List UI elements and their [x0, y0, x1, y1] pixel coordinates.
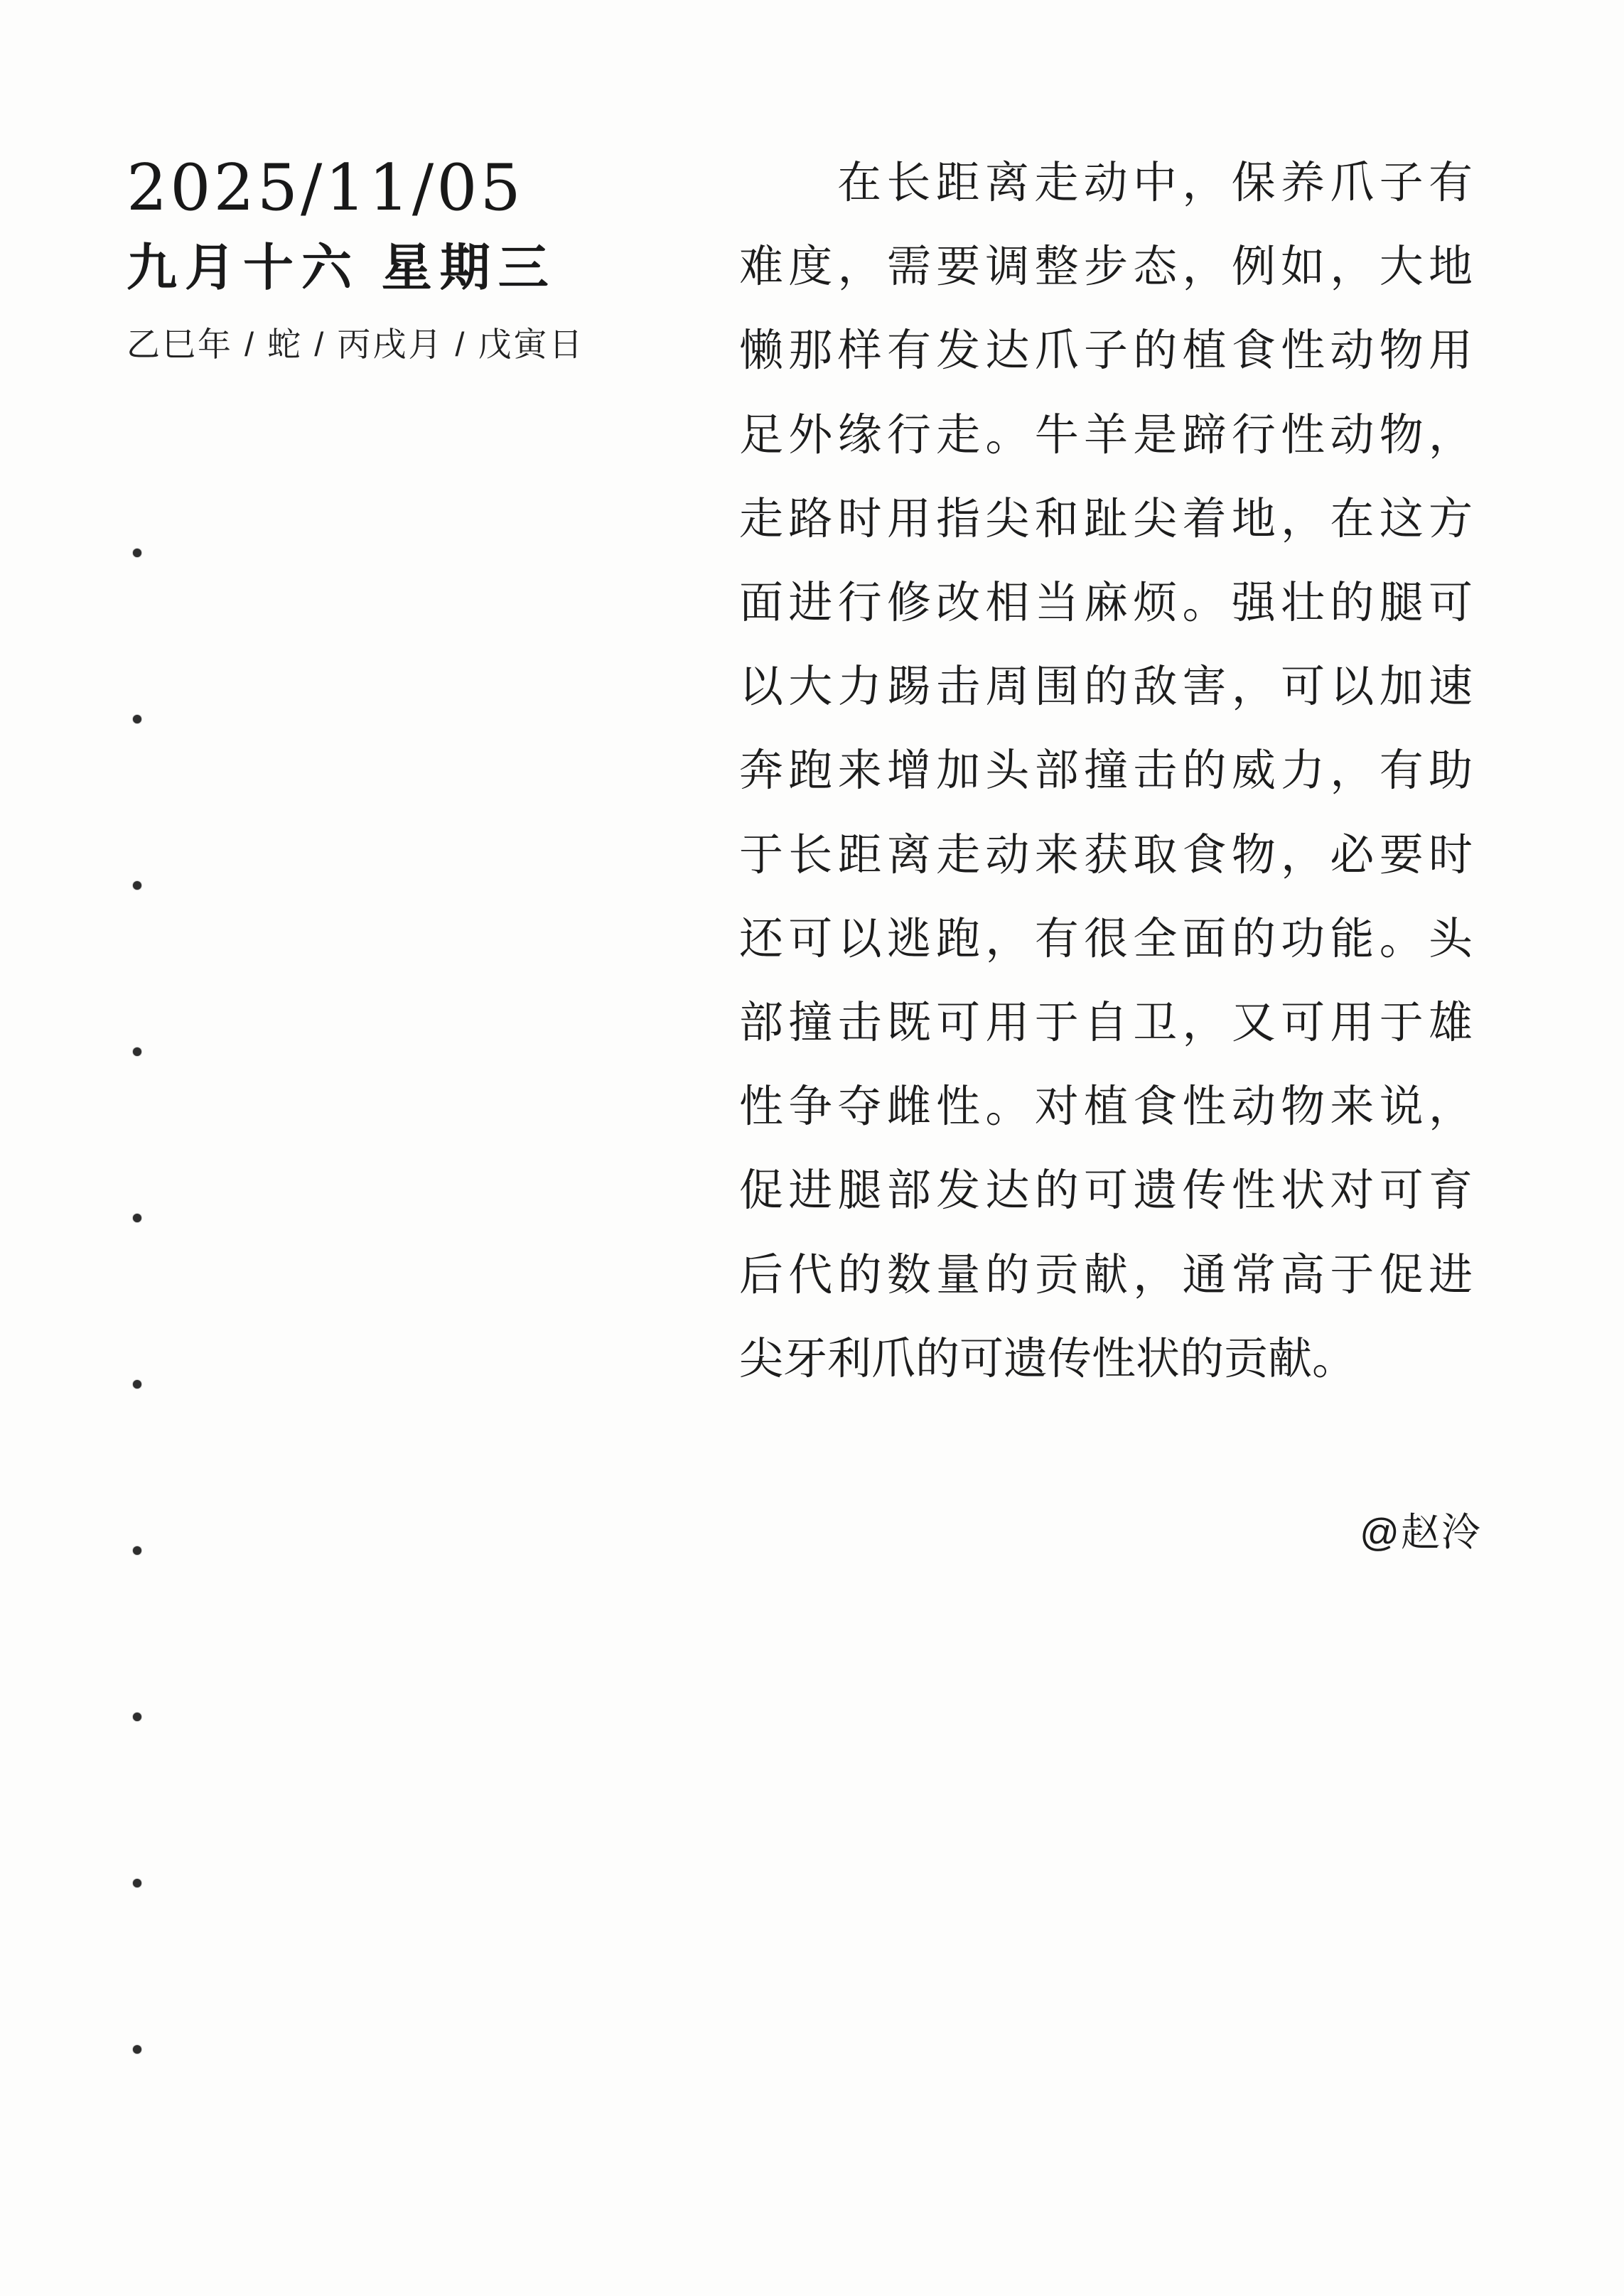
article-line: 面进行修改相当麻烦。强壮的腿可	[739, 561, 1473, 645]
article-line: 足外缘行走。牛羊是蹄行性动物，	[739, 394, 1473, 478]
article-line: 走路时用指尖和趾尖着地，在这方	[739, 478, 1473, 561]
margin-dot	[133, 549, 141, 557]
article-line: 性争夺雌性。对植食性动物来说，	[739, 1065, 1473, 1149]
article-line: 还可以逃跑，有很全面的功能。头	[739, 898, 1473, 981]
calendar-page: { "page": { "paper_color": "#fdfdfc", "i…	[0, 0, 1624, 2296]
article-line: 部撞击既可用于自卫，又可用于雄	[739, 981, 1473, 1065]
article-line: 后代的数量的贡献，通常高于促进	[739, 1234, 1473, 1317]
margin-dots-column	[133, 549, 141, 2054]
article-line: 尖牙利爪的可遗传性状的贡献。	[739, 1317, 1473, 1401]
article-line: 在长距离走动中，保养爪子有	[739, 141, 1473, 225]
margin-dot	[133, 1879, 141, 1887]
lunar-date-weekday: 九月十六 星期三	[127, 241, 585, 296]
margin-dot	[133, 881, 141, 890]
date-header: 2025/11/05 九月十六 星期三 乙巳年 / 蛇 / 丙戌月 / 戊寅日	[127, 160, 585, 363]
gregorian-date: 2025/11/05	[127, 160, 585, 217]
margin-dot	[133, 2045, 141, 2054]
margin-dot	[133, 1047, 141, 1056]
article-line: 促进腿部发达的可遗传性状对可育	[739, 1149, 1473, 1233]
margin-dot	[133, 715, 141, 723]
article-line: 难度，需要调整步态，例如，大地	[739, 225, 1473, 309]
article-line: 奔跑来增加头部撞击的威力，有助	[739, 729, 1473, 813]
ganzhi-zodiac-line: 乙巳年 / 蛇 / 丙戌月 / 戊寅日	[127, 326, 585, 363]
margin-dot	[133, 1713, 141, 1721]
author-attribution: @赵泠	[1360, 1501, 1482, 1557]
article-line: 懒那样有发达爪子的植食性动物用	[739, 309, 1473, 393]
margin-dot	[133, 1214, 141, 1222]
margin-dot	[133, 1546, 141, 1555]
margin-dot	[133, 1380, 141, 1389]
article-line: 以大力踢击周围的敌害，可以加速	[739, 645, 1473, 729]
article-text: 在长距离走动中，保养爪子有 难度，需要调整步态，例如，大地 懒那样有发达爪子的植…	[739, 141, 1473, 1401]
article-line: 于长距离走动来获取食物，必要时	[739, 814, 1473, 898]
